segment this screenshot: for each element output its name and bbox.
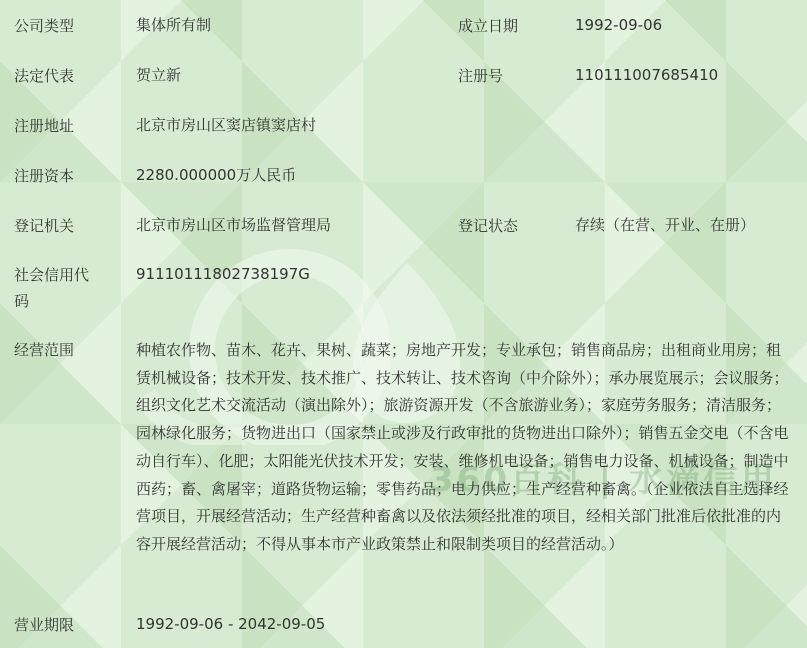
business-scope-label: 经营范围 [14,337,98,559]
reg-status-label: 登记状态 [458,213,542,239]
reg-authority-label: 登记机关 [14,213,98,239]
reg-number-label: 注册号 [458,63,542,89]
reg-number-value: 110111007685410 [575,63,807,89]
business-term-value: 1992-09-06 - 2042-09-05 [136,612,789,638]
credit-code-label: 社会信用代码 [14,262,98,315]
table-row-business-scope: 经营范围 种植农作物、苗木、花卉、果树、蔬菜；房地产开发；专业承包；销售商品房；… [0,337,807,559]
credit-code-value: 91110111802738197G [136,262,789,315]
reg-capital-label: 注册资本 [14,163,98,189]
establish-date-label: 成立日期 [458,13,542,39]
legal-rep-label: 法定代表 [14,63,98,89]
table-row-reg-address: 注册地址 北京市房山区窦店镇窦店村 [0,113,807,139]
table-row-business-term: 营业期限 1992-09-06 - 2042-09-05 [0,612,807,638]
company-type-value: 集体所有制 [136,13,458,39]
table-row-credit-code: 社会信用代码 91110111802738197G [0,262,807,315]
table-row-reg-capital: 注册资本 2280.000000万人民币 [0,163,807,189]
business-scope-value: 种植农作物、苗木、花卉、果树、蔬菜；房地产开发；专业承包；销售商品房；出租商业用… [136,337,789,559]
business-term-label: 营业期限 [14,612,98,638]
reg-authority-value: 北京市房山区市场监督管理局 [136,213,458,239]
company-type-label: 公司类型 [14,13,98,39]
table-row-legal-rep: 法定代表 贺立新 注册号 110111007685410 [0,63,807,89]
establish-date-value: 1992-09-06 [575,13,807,39]
reg-address-label: 注册地址 [14,113,98,139]
company-info-table: 公司类型 集体所有制 成立日期 1992-09-06 法定代表 贺立新 注册号 … [0,0,807,648]
reg-status-value: 存续（在营、开业、在册） [575,213,807,239]
reg-address-value: 北京市房山区窦店镇窦店村 [136,113,789,139]
reg-capital-value: 2280.000000万人民币 [136,163,789,189]
table-row-reg-authority: 登记机关 北京市房山区市场监督管理局 登记状态 存续（在营、开业、在册） [0,213,807,239]
table-row-company-type: 公司类型 集体所有制 成立日期 1992-09-06 [0,13,807,39]
legal-rep-value: 贺立新 [136,63,458,89]
